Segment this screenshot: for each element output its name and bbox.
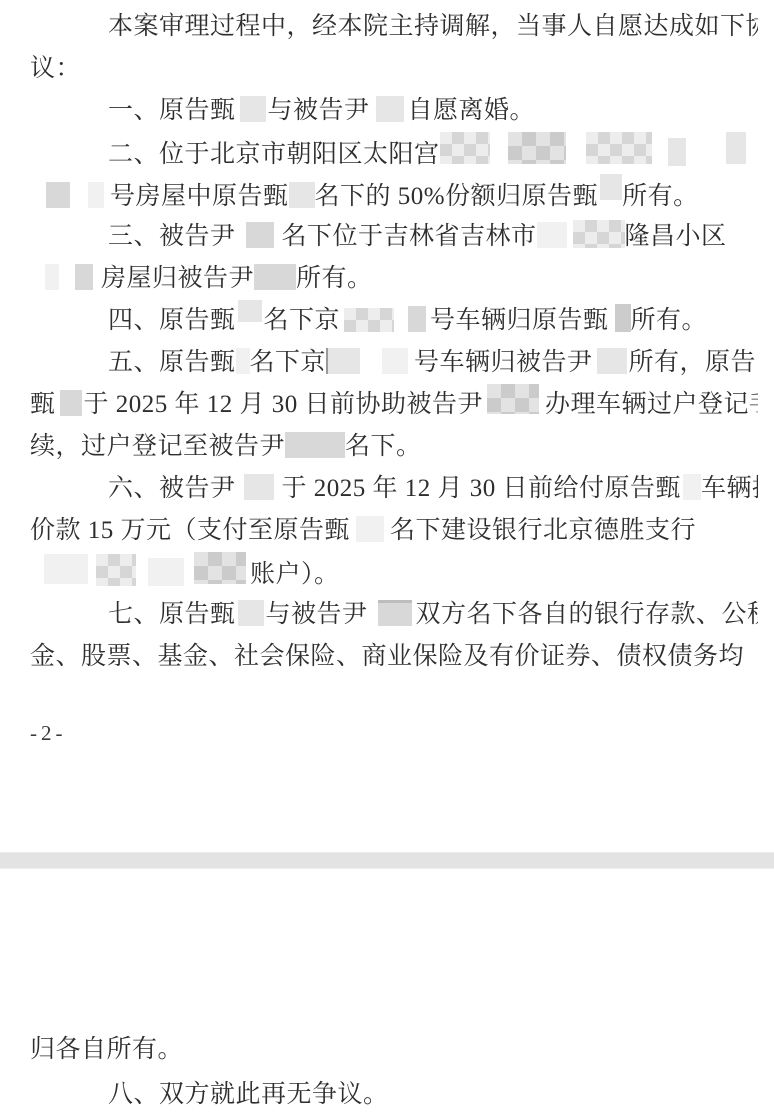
text-segment: 价款 15 万元（支付至原告甄: [30, 517, 350, 544]
text-segment: 名下。: [345, 433, 422, 460]
text-segment: 名下位于吉林省吉林市: [282, 223, 537, 250]
redaction-block: [382, 348, 408, 374]
document-text-line: 议：: [30, 48, 758, 90]
text-segment: 所有。: [631, 307, 708, 334]
redaction-block: [246, 222, 274, 248]
text-segment: 号房屋中原告甄: [110, 183, 289, 210]
spacer: [274, 495, 282, 496]
document-text-line: 八、双方就此再无争议。: [30, 1072, 758, 1112]
page-number: -2-: [30, 722, 774, 744]
text-segment: 所有。: [296, 265, 373, 292]
text-segment: 车辆折: [701, 475, 758, 502]
redaction-block: [240, 96, 266, 122]
redaction-block: [600, 174, 622, 200]
page-break-divider: [0, 852, 774, 869]
text-segment: 名下京: [250, 349, 327, 376]
text-segment: 三、被告尹: [108, 223, 236, 250]
text-segment: 号车辆归原告甄: [430, 307, 609, 334]
redaction-block: [244, 474, 274, 500]
redaction-block: [289, 182, 315, 208]
redaction-block: [726, 132, 746, 164]
text-segment: 办理车辆过户登记手: [545, 391, 758, 418]
spacer: [274, 243, 282, 244]
text-segment: 号车辆归被告尹: [414, 349, 593, 376]
mediation-agreement-page3-body: 归各自所有。八、双方就此再无争议。: [0, 1027, 774, 1112]
redaction-block: [376, 96, 404, 122]
redaction-block: [75, 264, 93, 290]
redaction-block: [88, 182, 104, 208]
redaction-block: [326, 348, 360, 374]
text-segment: 所有，原告: [629, 349, 757, 376]
text-segment: 五、原告甄: [108, 349, 236, 376]
text-segment: 续，过户登记至被告尹: [30, 433, 285, 460]
spacer: [236, 243, 246, 244]
redaction-block: [508, 132, 566, 164]
text-segment: 归各自所有。: [30, 1036, 183, 1063]
spacer: [93, 285, 101, 286]
redaction-block: [238, 600, 264, 626]
text-segment: 房屋归被告尹: [101, 265, 254, 292]
document-text-line: 七、原告甄与被告尹双方名下各自的银行存款、公积: [30, 594, 758, 636]
text-segment: 金、股票、基金、社会保险、商业保险及有价证券、债权债务均: [30, 643, 744, 670]
spacer: [136, 581, 148, 582]
spacer: [394, 327, 408, 328]
document-text-line: 账户）。: [30, 552, 758, 594]
text-segment: 所有。: [622, 183, 699, 210]
redaction-block: [96, 554, 136, 586]
redaction-block: [285, 432, 345, 458]
text-segment: 二、位于北京市朝阳区太阳宫: [108, 141, 440, 168]
scanned-document-view[interactable]: 本案审理过程中，经本院主持调解，当事人自愿达成如下协议：一、原告甄与被告尹自愿离…: [0, 0, 774, 1112]
text-segment: 与被告尹: [266, 601, 368, 628]
document-text-line: 五、原告甄名下京号车辆归被告尹所有，原告: [30, 342, 758, 384]
spacer: [70, 203, 88, 204]
redaction-block: [597, 348, 627, 374]
document-text-line: 一、原告甄与被告尹自愿离婚。: [30, 90, 758, 132]
redaction-block: [668, 138, 686, 166]
document-text-line: 甄于 2025 年 12 月 30 日前协助被告尹办理车辆过户登记手: [30, 384, 758, 426]
text-segment: 八、双方就此再无争议。: [108, 1081, 389, 1108]
redaction-block: [344, 308, 394, 332]
document-text-line: 价款 15 万元（支付至原告甄名下建设银行北京德胜支行: [30, 510, 758, 552]
redaction-block: [60, 390, 82, 416]
spacer: [686, 161, 726, 162]
spacer: [566, 161, 586, 162]
text-segment: 名下建设银行北京德胜支行: [390, 517, 696, 544]
document-text-line: 房屋归被告尹所有。: [30, 258, 758, 300]
document-text-line: 归各自所有。: [30, 1027, 758, 1072]
document-text-line: 本案审理过程中，经本院主持调解，当事人自愿达成如下协: [30, 6, 758, 48]
redaction-block: [615, 304, 631, 332]
text-segment: 名下的 50%份额归原告甄: [315, 183, 599, 210]
redaction-block: [683, 474, 701, 500]
text-segment: 隆昌小区: [625, 223, 727, 250]
redaction-block: [537, 222, 567, 248]
redaction-block: [378, 600, 412, 626]
text-segment: 甄: [30, 391, 56, 418]
document-text-line: 续，过户登记至被告尹名下。: [30, 426, 758, 468]
redaction-block: [194, 552, 246, 584]
document-text-line: 号房屋中原告甄名下的 50%份额归原告甄所有。: [30, 174, 758, 216]
document-text-line: 四、原告甄名下京号车辆归原告甄所有。: [30, 300, 758, 342]
spacer: [88, 581, 96, 582]
text-segment: 双方名下各自的银行存款、公积: [416, 601, 758, 628]
spacer: [490, 161, 508, 162]
redaction-block: [45, 264, 59, 290]
text-segment: 七、原告甄: [108, 601, 236, 628]
mediation-agreement-page2-body: 本案审理过程中，经本院主持调解，当事人自愿达成如下协议：一、原告甄与被告尹自愿离…: [0, 0, 774, 678]
spacer: [652, 161, 668, 162]
document-text-line: 三、被告尹名下位于吉林省吉林市隆昌小区: [30, 216, 758, 258]
document-text-line: 金、股票、基金、社会保险、商业保险及有价证券、债权债务均: [30, 636, 758, 678]
redaction-block: [573, 220, 625, 248]
text-segment: 议：: [30, 55, 81, 82]
spacer: [30, 285, 45, 286]
redaction-block: [44, 554, 88, 584]
redaction-block: [236, 348, 250, 374]
spacer: [236, 495, 244, 496]
text-segment: 名下京: [264, 307, 341, 334]
redaction-block: [254, 264, 296, 290]
text-segment: 四、原告甄: [108, 307, 236, 334]
redaction-block: [356, 516, 384, 542]
text-segment: 一、原告甄: [108, 97, 236, 124]
spacer: [30, 203, 46, 204]
redaction-block: [586, 132, 652, 164]
spacer: [30, 581, 44, 582]
redaction-block: [238, 300, 262, 322]
spacer: [59, 285, 75, 286]
redaction-block: [148, 558, 184, 586]
redaction-block: [440, 132, 490, 164]
spacer: [236, 327, 238, 328]
text-segment: 自愿离婚。: [408, 97, 536, 124]
document-text-line: 二、位于北京市朝阳区太阳宫: [30, 132, 758, 174]
spacer: [368, 621, 378, 622]
text-segment: 于 2025 年 12 月 30 日前协助被告尹: [84, 391, 484, 418]
text-segment: 账户）。: [250, 561, 340, 588]
redaction-block: [408, 306, 426, 332]
text-segment: 本案审理过程中，经本院主持调解，当事人自愿达成如下协: [108, 13, 758, 40]
spacer: [360, 369, 382, 370]
redaction-block: [487, 384, 539, 414]
text-segment: 与被告尹: [268, 97, 370, 124]
text-segment: 于 2025 年 12 月 30 日前给付原告甄: [282, 475, 682, 502]
spacer: [598, 203, 600, 204]
spacer: [184, 581, 194, 582]
redaction-block: [46, 182, 70, 208]
text-segment: 六、被告尹: [108, 475, 236, 502]
document-text-line: 六、被告尹于 2025 年 12 月 30 日前给付原告甄车辆折: [30, 468, 758, 510]
